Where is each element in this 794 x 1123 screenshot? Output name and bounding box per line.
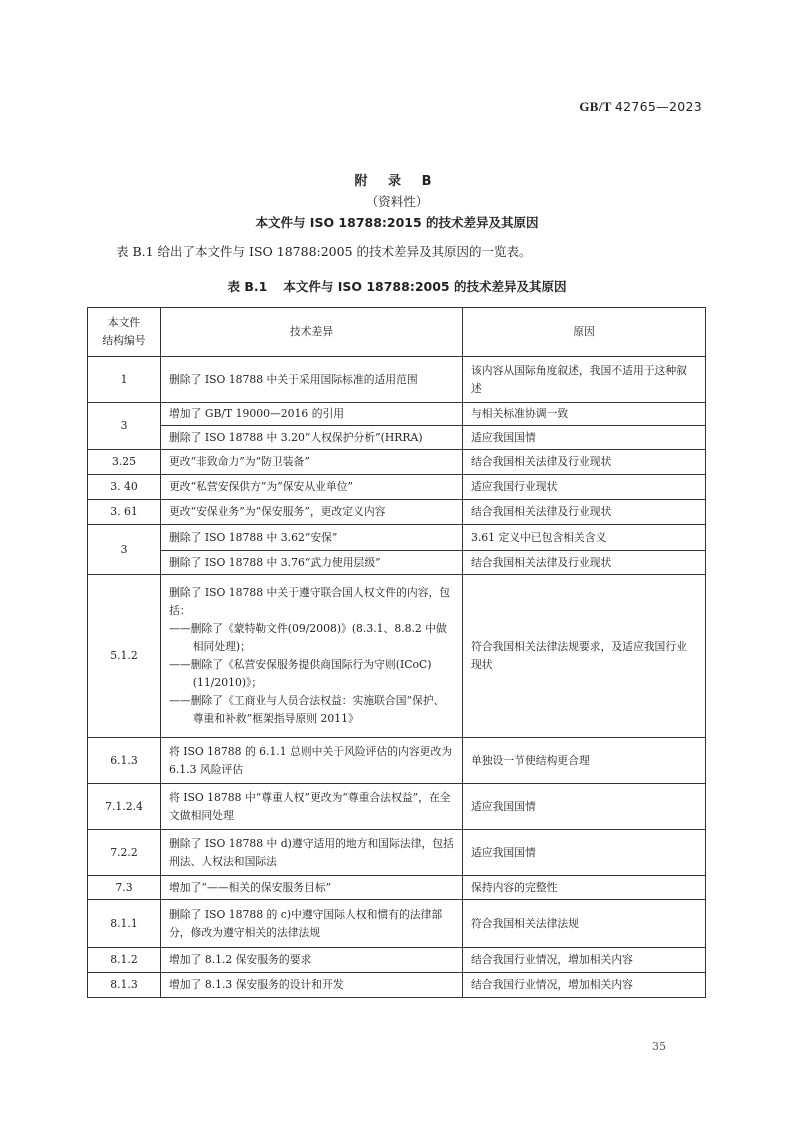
standard-number: GB/T 42765—2023 [579,99,702,115]
cell-difference: 增加了 8.1.2 保安服务的要求 [161,948,463,973]
header-technical-difference: 技术差异 [161,308,463,357]
cell-number: 3 [88,525,161,575]
cell-reason: 单独设一节使结构更合理 [463,738,706,784]
cell-difference: 删除了 ISO 18788 中 3.62“安保” [161,525,463,551]
cell-number: 3. 40 [88,475,161,500]
table-row: 6.1.3 将 ISO 18788 的 6.1.1 总则中关于风险评估的内容更改… [88,738,706,784]
table-row: 3 删除了 ISO 18788 中 3.62“安保” 3.61 定义中已包含相关… [88,525,706,551]
cell-number: 8.1.1 [88,900,161,948]
cell-reason: 结合我国行业情况，增加相关内容 [463,948,706,973]
cell-reason: 保持内容的完整性 [463,876,706,900]
cell-number: 7.3 [88,876,161,900]
cell-difference: 增加了 8.1.3 保安服务的设计和开发 [161,973,463,998]
table-row: 8.1.2 增加了 8.1.2 保安服务的要求 结合我国行业情况，增加相关内容 [88,948,706,973]
table-header-row: 本文件 结构编号 技术差异 原因 [88,308,706,357]
cell-number: 7.2.2 [88,830,161,876]
table-row: 7.1.2.4 将 ISO 18788 中“尊重人权”更改为“尊重合法权益”，在… [88,784,706,830]
cell-reason: 3.61 定义中已包含相关含义 [463,525,706,551]
differences-table: 本文件 结构编号 技术差异 原因 1 删除了 ISO 18788 中关于采用国际… [87,307,706,998]
annex-title: 附 录 B [0,170,794,189]
cell-reason: 结合我国相关法律及行业现状 [463,450,706,475]
standard-code: 42765—2023 [615,99,702,114]
intro-paragraph: 表 B.1 给出了本文件与 ISO 18788:2005 的技术差异及其原因的一… [116,242,532,260]
table-row: 删除了 ISO 18788 中 3.76“武力使用层级” 结合我国相关法律及行业… [88,551,706,575]
header-reason: 原因 [463,308,706,357]
cell-difference: 删除了 ISO 18788 中关于采用国际标准的适用范围 [161,357,463,403]
cell-reason: 与相关标准协调一致 [463,403,706,426]
cell-difference: 更改“私营安保供方”为“保安从业单位” [161,475,463,500]
cell-reason: 符合我国相关法律法规要求，及适应我国行业现状 [463,575,706,738]
annex-heading: 本文件与 ISO 18788:2015 的技术差异及其原因 [0,213,794,231]
table-caption-text: 本文件与 ISO 18788:2005 的技术差异及其原因 [283,279,566,294]
cell-number: 3.25 [88,450,161,475]
cell-reason: 符合我国相关法律法规 [463,900,706,948]
table-row: 3. 61 更改“安保业务”为“保安服务”，更改定义内容 结合我国相关法律及行业… [88,500,706,525]
table-row: 5.1.2 删除了 ISO 18788 中关于遵守联合国人权文件的内容，包括： … [88,575,706,738]
cell-difference: 删除了 ISO 18788 中 3.20“人权保护分析”(HRRA) [161,426,463,450]
table-row: 删除了 ISO 18788 中 3.20“人权保护分析”(HRRA) 适应我国国… [88,426,706,450]
cell-difference: 更改“非致命力”为“防卫装备” [161,450,463,475]
difference-intro: 删除了 ISO 18788 中关于遵守联合国人权文件的内容，包括： [169,584,454,620]
table-row: 1 删除了 ISO 18788 中关于采用国际标准的适用范围 该内容从国际角度叙… [88,357,706,403]
cell-difference: 更改“安保业务”为“保安服务”，更改定义内容 [161,500,463,525]
standard-prefix: GB/T [579,99,611,114]
cell-reason: 结合我国相关法律及行业现状 [463,500,706,525]
cell-difference: 将 ISO 18788 中“尊重人权”更改为“尊重合法权益”，在全文做相同处理 [161,784,463,830]
table-row: 3. 40 更改“私营安保供方”为“保安从业单位” 适应我国行业现状 [88,475,706,500]
cell-difference: 删除了 ISO 18788 的 c)中遵守国际人权和惯有的法律部分，修改为遵守相… [161,900,463,948]
cell-reason: 适应我国国情 [463,784,706,830]
table-caption-label: 表 B.1 [228,279,268,294]
cell-number: 5.1.2 [88,575,161,738]
difference-list-item: ——删除了《私营安保服务提供商国际行为守则(ICoC)(11/2010)》； [169,656,454,692]
table-caption: 表 B.1本文件与 ISO 18788:2005 的技术差异及其原因 [0,277,794,295]
cell-reason: 适应我国国情 [463,426,706,450]
cell-reason: 适应我国行业现状 [463,475,706,500]
cell-number: 6.1.3 [88,738,161,784]
cell-number: 3. 61 [88,500,161,525]
cell-difference: 将 ISO 18788 的 6.1.1 总则中关于风险评估的内容更改为 6.1.… [161,738,463,784]
cell-number: 8.1.3 [88,973,161,998]
difference-list-item: ——删除了《蒙特勒文件(09/2008)》(8.3.1、8.8.2 中做相同处理… [169,620,454,656]
cell-difference: 删除了 ISO 18788 中关于遵守联合国人权文件的内容，包括： ——删除了《… [161,575,463,738]
cell-number: 1 [88,357,161,403]
page-number: 35 [652,1040,666,1053]
cell-reason: 结合我国相关法律及行业现状 [463,551,706,575]
cell-reason: 结合我国行业情况，增加相关内容 [463,973,706,998]
table-row: 7.3 增加了“——相关的保安服务目标” 保持内容的完整性 [88,876,706,900]
cell-difference: 删除了 ISO 18788 中 3.76“武力使用层级” [161,551,463,575]
difference-list-item: ——删除了《工商业与人员合法权益：实施联合国“保护、尊重和补救”框架指导原则 2… [169,692,454,728]
cell-number: 8.1.2 [88,948,161,973]
table-row: 3.25 更改“非致命力”为“防卫装备” 结合我国相关法律及行业现状 [88,450,706,475]
cell-difference: 删除了 ISO 18788 中 d)遵守适用的地方和国际法律，包括刑法、人权法和… [161,830,463,876]
table-row: 3 增加了 GB/T 19000—2016 的引用 与相关标准协调一致 [88,403,706,426]
annex-subtitle: （资料性） [0,192,794,210]
cell-reason: 该内容从国际角度叙述，我国不适用于这种叙述 [463,357,706,403]
table-row: 7.2.2 删除了 ISO 18788 中 d)遵守适用的地方和国际法律，包括刑… [88,830,706,876]
cell-number: 7.1.2.4 [88,784,161,830]
table-row: 8.1.3 增加了 8.1.3 保安服务的设计和开发 结合我国行业情况，增加相关… [88,973,706,998]
table-row: 8.1.1 删除了 ISO 18788 的 c)中遵守国际人权和惯有的法律部分，… [88,900,706,948]
cell-reason: 适应我国国情 [463,830,706,876]
cell-difference: 增加了 GB/T 19000—2016 的引用 [161,403,463,426]
cell-number: 3 [88,403,161,450]
header-structure-number: 本文件 结构编号 [88,308,161,357]
cell-difference: 增加了“——相关的保安服务目标” [161,876,463,900]
